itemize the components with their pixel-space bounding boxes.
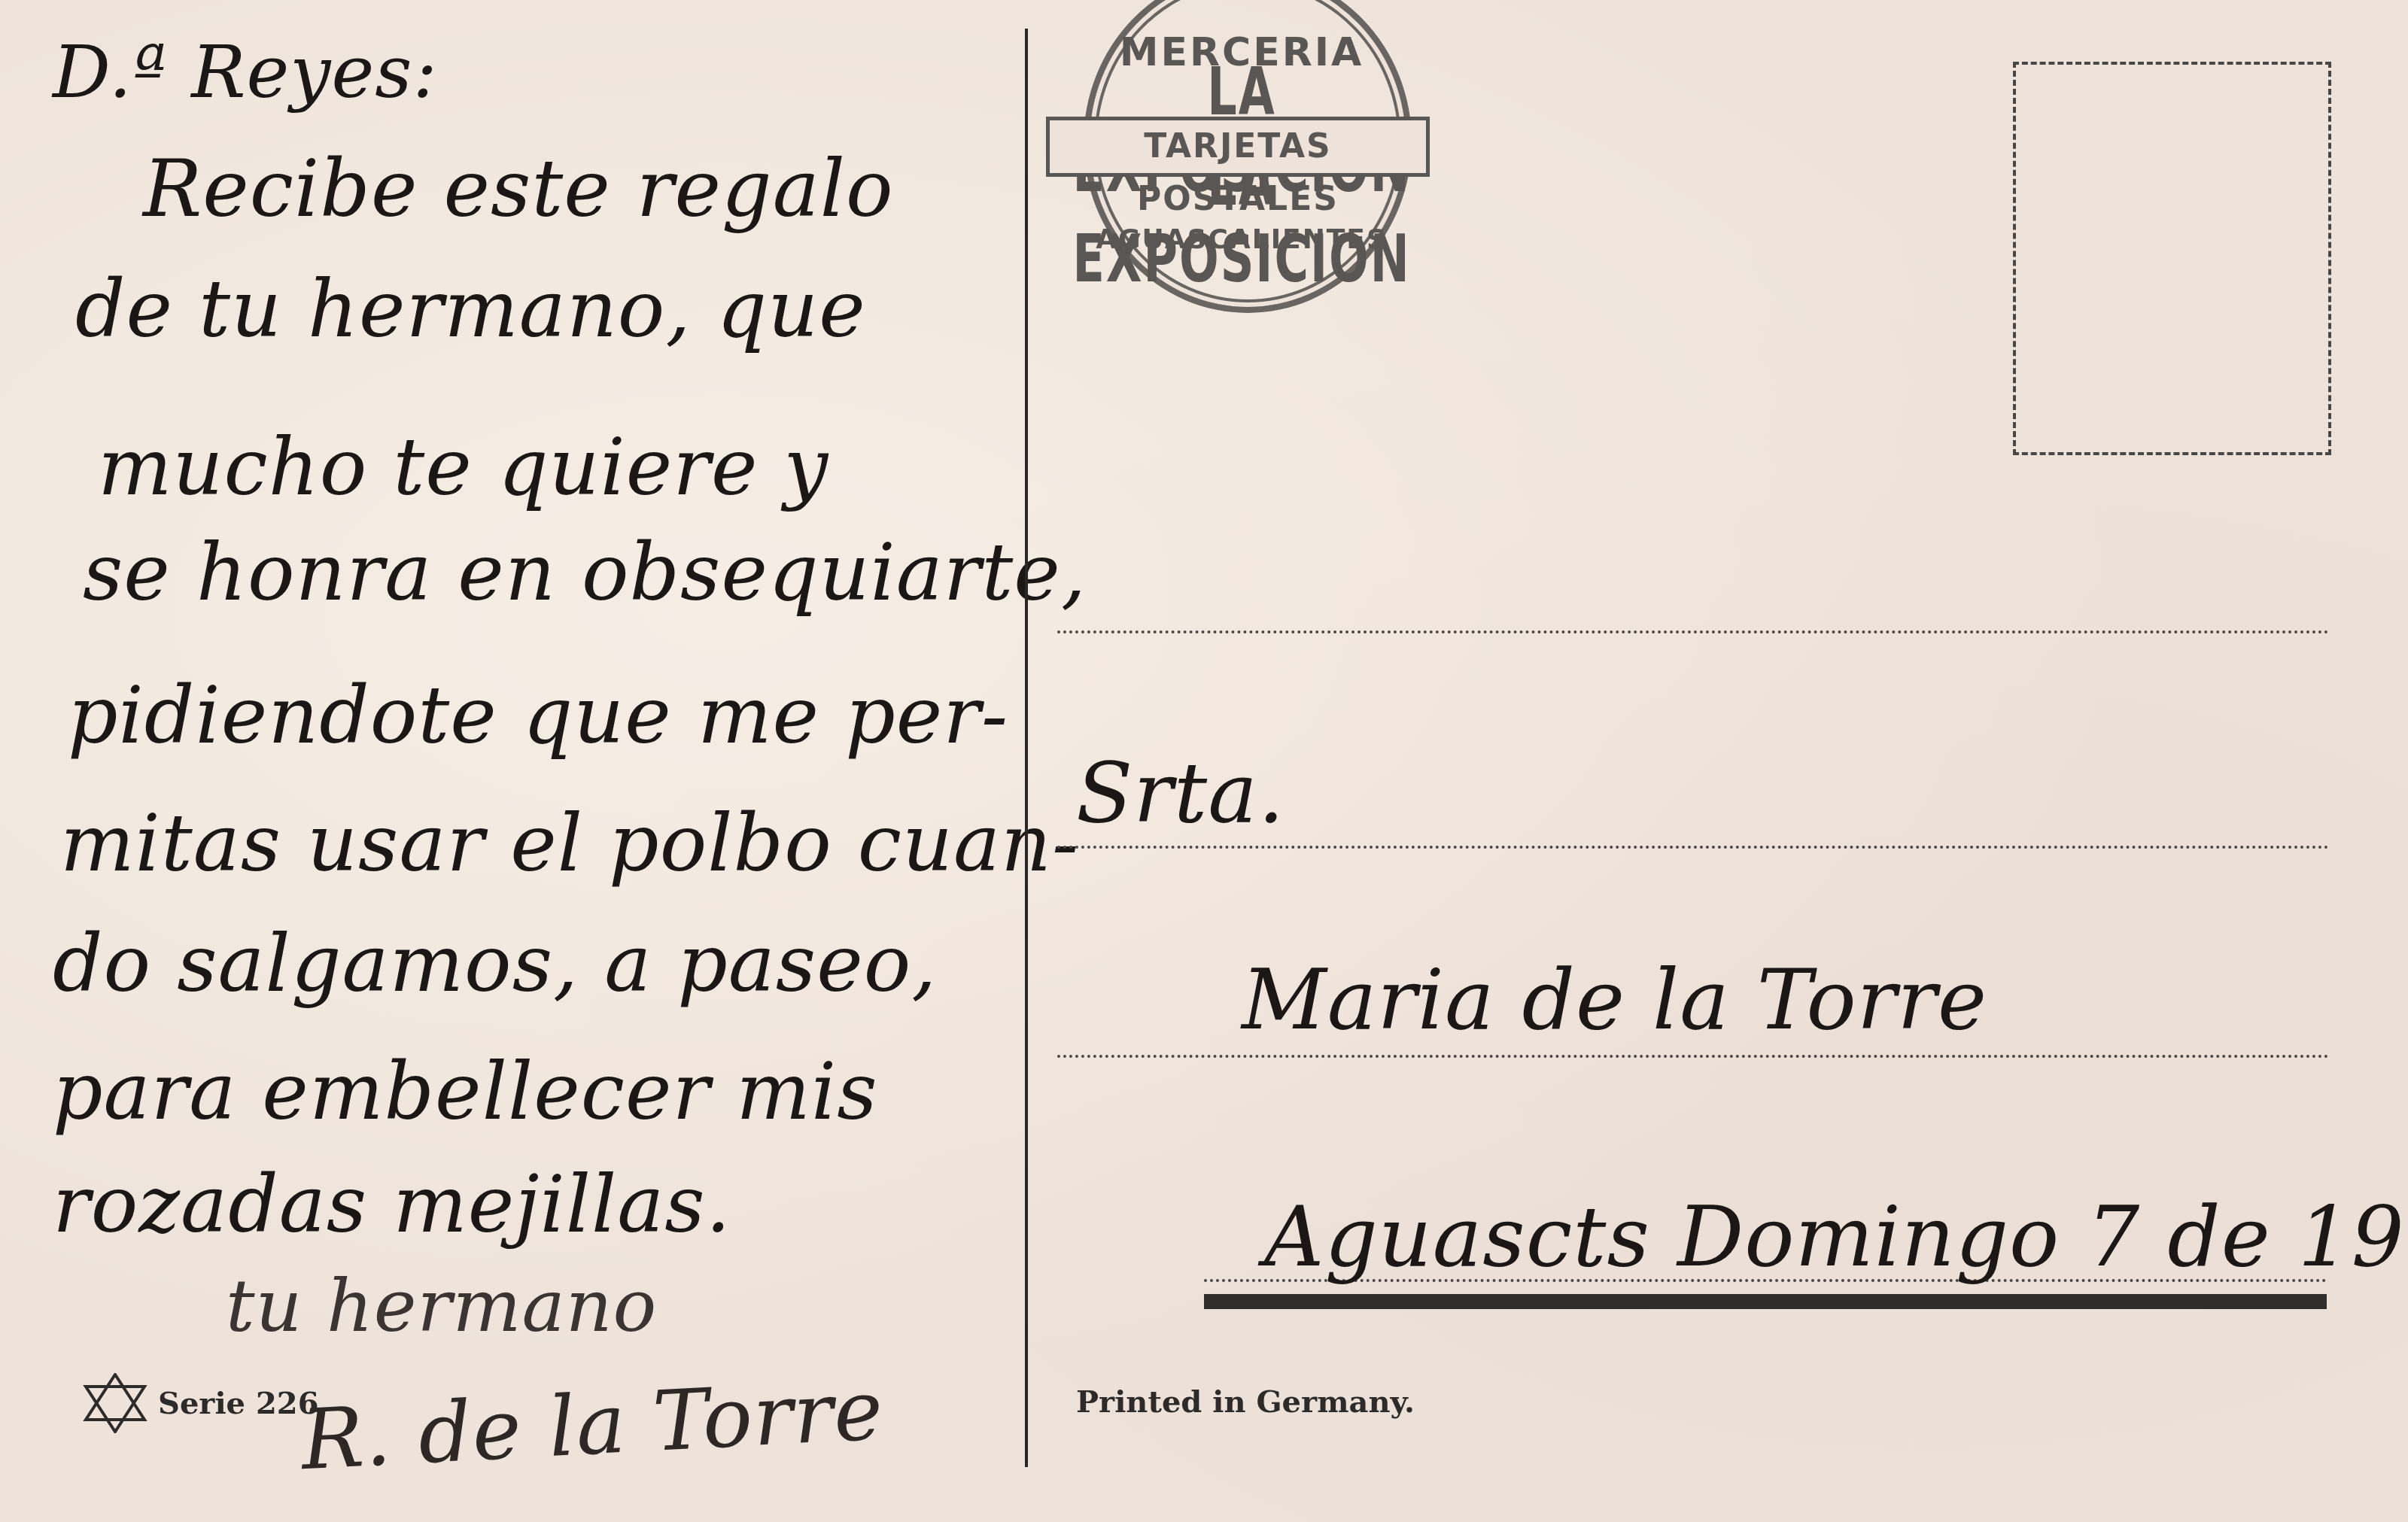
signature: R. de la Torre [299, 1362, 886, 1488]
message-line: do salgamos, a paseo, [53, 918, 937, 1010]
printed-in-label: Printed in Germany. [1076, 1384, 1415, 1420]
stamp-city: AGUASCALIENTES [1069, 224, 1415, 255]
stamp-banner: TARJETAS POSTALES [1046, 117, 1430, 177]
star-of-david-icon [83, 1373, 147, 1433]
center-divider [1025, 29, 1028, 1467]
message-line: para embellecer mis [53, 1046, 878, 1138]
postcard-back: D.ª Reyes: Recibe este regalo de tu herm… [0, 0, 2408, 1522]
message-line: rozadas mejillas. [53, 1159, 731, 1250]
address-name: Maria de la Torre [1242, 952, 1987, 1048]
series-label: Serie 226 [83, 1373, 318, 1433]
address-place-date: Aguascts Domingo 7 de 1917 [1264, 1189, 2408, 1285]
greeting: D.ª Reyes: [53, 30, 438, 114]
message-line: Recibe este regalo [143, 143, 894, 235]
message-line: se honra en obsequiarte, [83, 527, 1087, 618]
address-line-3 [1057, 1055, 2329, 1058]
message-line: de tu hermano, que [75, 263, 866, 355]
address-line-2 [1057, 846, 2329, 849]
address-title: Srta. [1076, 745, 1285, 841]
address-underline-bar [1204, 1294, 2327, 1309]
series-number: Serie 226 [158, 1386, 318, 1421]
message-line: pidiendote que me per- [68, 670, 1008, 761]
merchant-stamp: MERCERIA LA EXPOSICION LA EXPOSICION TAR… [1069, 0, 1415, 308]
closing: tu hermano [226, 1264, 657, 1348]
address-line-1 [1057, 630, 2329, 633]
message-line: mitas usar el polbo cuan- [60, 797, 1079, 889]
postage-stamp-box [2013, 62, 2331, 455]
message-line: mucho te quiere y [98, 421, 829, 513]
